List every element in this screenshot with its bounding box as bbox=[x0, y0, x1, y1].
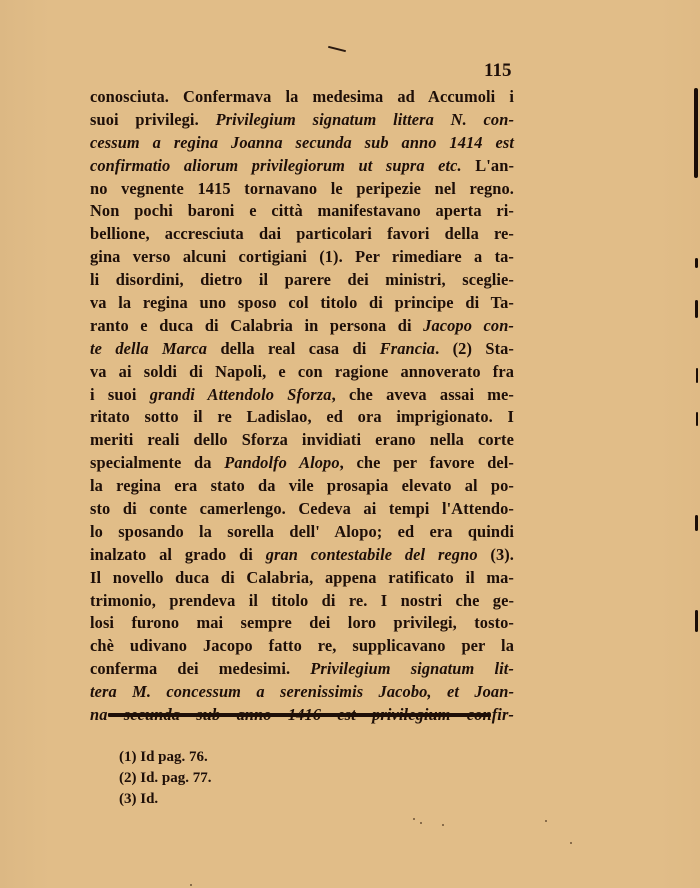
roman-text: losi furono mai sempre dei loro privileg… bbox=[90, 613, 514, 632]
binding-edge-mark bbox=[695, 610, 698, 632]
roman-text: conferma dei medesimi. bbox=[90, 659, 310, 678]
page-number: 115 bbox=[484, 60, 511, 82]
roman-text: no vegnente 1415 tornavano le peripezie … bbox=[90, 179, 514, 198]
roman-text: li disordini, dietro il parere dei minis… bbox=[90, 270, 514, 289]
roman-text: inalzato al grado di bbox=[90, 545, 266, 564]
footnotes: (1) Id pag. 76. (2) Id. pag. 77. (3) Id. bbox=[119, 747, 212, 810]
roman-text: . (2) Sta- bbox=[435, 339, 514, 358]
roman-text: della real casa di bbox=[207, 339, 380, 358]
binding-edge-mark bbox=[695, 300, 698, 318]
italic-text: cessum a regina Joanna secunda sub anno … bbox=[90, 133, 514, 152]
roman-text: i suoi bbox=[90, 385, 150, 404]
italic-text: Privilegium signatum littera N. con- bbox=[216, 110, 514, 129]
paper-speck bbox=[442, 824, 444, 826]
roman-text: ritato sotto il re Ladislao, ed ora impr… bbox=[90, 407, 514, 426]
footnote-separator-rule bbox=[108, 713, 491, 717]
roman-text: chè udivano Jacopo fatto re, supplicavan… bbox=[90, 636, 514, 655]
text-line: conferma dei medesimi. Privilegium signa… bbox=[90, 658, 514, 681]
text-line: gina verso alcuni cortigiani (1). Per ri… bbox=[90, 246, 514, 269]
paper-speck bbox=[190, 884, 192, 886]
body-text: conosciuta. Confermava la medesima ad Ac… bbox=[90, 86, 514, 727]
roman-text: conosciuta. Confermava la medesima ad Ac… bbox=[90, 87, 514, 106]
footnote-1: (1) Id pag. 76. bbox=[119, 747, 212, 768]
italic-text: tera M. concessum a serenissimis Jacobo,… bbox=[90, 682, 514, 701]
roman-text: , che aveva assai me- bbox=[332, 385, 514, 404]
roman-text: trimonio, prendeva il titolo di re. I no… bbox=[90, 591, 514, 610]
text-line: ranto e duca di Calabria in persona di J… bbox=[90, 315, 514, 338]
text-line: va ai soldi di Napoli, e con ragione ann… bbox=[90, 361, 514, 384]
text-line: li disordini, dietro il parere dei minis… bbox=[90, 269, 514, 292]
roman-text: L'an- bbox=[462, 156, 514, 175]
text-line: chè udivano Jacopo fatto re, supplicavan… bbox=[90, 635, 514, 658]
roman-text: lo sposando la sorella dell' Alopo; ed e… bbox=[90, 522, 514, 541]
roman-text: bellione, accresciuta dai particolari fa… bbox=[90, 224, 514, 243]
text-line: lo sposando la sorella dell' Alopo; ed e… bbox=[90, 521, 514, 544]
binding-edge-mark bbox=[696, 368, 698, 383]
roman-text: , che per favore del- bbox=[340, 453, 514, 472]
roman-text: (3). bbox=[478, 545, 514, 564]
italic-text: Pandolfo Alopo bbox=[224, 453, 339, 472]
print-mark bbox=[328, 46, 346, 52]
text-line: sto di conte camerlengo. Cedeva ai tempi… bbox=[90, 498, 514, 521]
text-line: specialmente da Pandolfo Alopo, che per … bbox=[90, 452, 514, 475]
text-line: confirmatio aliorum privilegiorum ut sup… bbox=[90, 155, 514, 178]
italic-text: confirmatio aliorum privilegiorum ut sup… bbox=[90, 156, 462, 175]
footnote-3: (3) Id. bbox=[119, 789, 212, 810]
binding-edge-mark bbox=[695, 258, 698, 268]
italic-text: grandi Attendolo Sforza bbox=[150, 385, 332, 404]
text-line: conosciuta. Confermava la medesima ad Ac… bbox=[90, 86, 514, 109]
text-line: Non pochi baroni e città manifestavano a… bbox=[90, 200, 514, 223]
binding-edge-mark bbox=[695, 515, 698, 531]
roman-text: ranto e duca di Calabria in persona di bbox=[90, 316, 423, 335]
text-line: bellione, accresciuta dai particolari fa… bbox=[90, 223, 514, 246]
paper-speck bbox=[570, 842, 572, 844]
roman-text: specialmente da bbox=[90, 453, 224, 472]
roman-text: Non pochi baroni e città manifestavano a… bbox=[90, 201, 514, 220]
text-line: no vegnente 1415 tornavano le peripezie … bbox=[90, 178, 514, 201]
roman-text: meriti reali dello Sforza invidiati eran… bbox=[90, 430, 514, 449]
roman-text: sto di conte camerlengo. Cedeva ai tempi… bbox=[90, 499, 514, 518]
binding-edge-mark bbox=[694, 88, 698, 178]
roman-text: suoi privilegi. bbox=[90, 110, 216, 129]
text-line: cessum a regina Joanna secunda sub anno … bbox=[90, 132, 514, 155]
text-line: meriti reali dello Sforza invidiati eran… bbox=[90, 429, 514, 452]
italic-text: Privilegium signatum lit- bbox=[310, 659, 514, 678]
italic-text: Jacopo con- bbox=[423, 316, 514, 335]
footnote-2: (2) Id. pag. 77. bbox=[119, 768, 212, 789]
binding-edge-mark bbox=[696, 412, 698, 426]
paper-speck bbox=[420, 822, 422, 824]
italic-text: Francia bbox=[380, 339, 435, 358]
text-line: inalzato al grado di gran contestabile d… bbox=[90, 544, 514, 567]
text-line: te della Marca della real casa di Franci… bbox=[90, 338, 514, 361]
text-line: la regina era stato da vile prosapia ele… bbox=[90, 475, 514, 498]
roman-text: va ai soldi di Napoli, e con ragione ann… bbox=[90, 362, 514, 381]
text-line: losi furono mai sempre dei loro privileg… bbox=[90, 612, 514, 635]
roman-text: gina verso alcuni cortigiani (1). Per ri… bbox=[90, 247, 514, 266]
text-line: tera M. concessum a serenissimis Jacobo,… bbox=[90, 681, 514, 704]
roman-text: Il novello duca di Calabria, appena rati… bbox=[90, 568, 514, 587]
italic-text: te della Marca bbox=[90, 339, 207, 358]
roman-text: va la regina uno sposo col titolo di pri… bbox=[90, 293, 514, 312]
text-line: suoi privilegi. Privilegium signatum lit… bbox=[90, 109, 514, 132]
paper-speck bbox=[413, 818, 415, 820]
text-line: Il novello duca di Calabria, appena rati… bbox=[90, 567, 514, 590]
book-page: 115 conosciuta. Confermava la medesima a… bbox=[0, 0, 700, 888]
text-line: ritato sotto il re Ladislao, ed ora impr… bbox=[90, 406, 514, 429]
text-line: i suoi grandi Attendolo Sforza, che avev… bbox=[90, 384, 514, 407]
italic-text: gran contestabile del regno bbox=[266, 545, 478, 564]
text-line: va la regina uno sposo col titolo di pri… bbox=[90, 292, 514, 315]
text-line: trimonio, prendeva il titolo di re. I no… bbox=[90, 590, 514, 613]
paper-speck bbox=[545, 820, 547, 822]
roman-text: la regina era stato da vile prosapia ele… bbox=[90, 476, 514, 495]
